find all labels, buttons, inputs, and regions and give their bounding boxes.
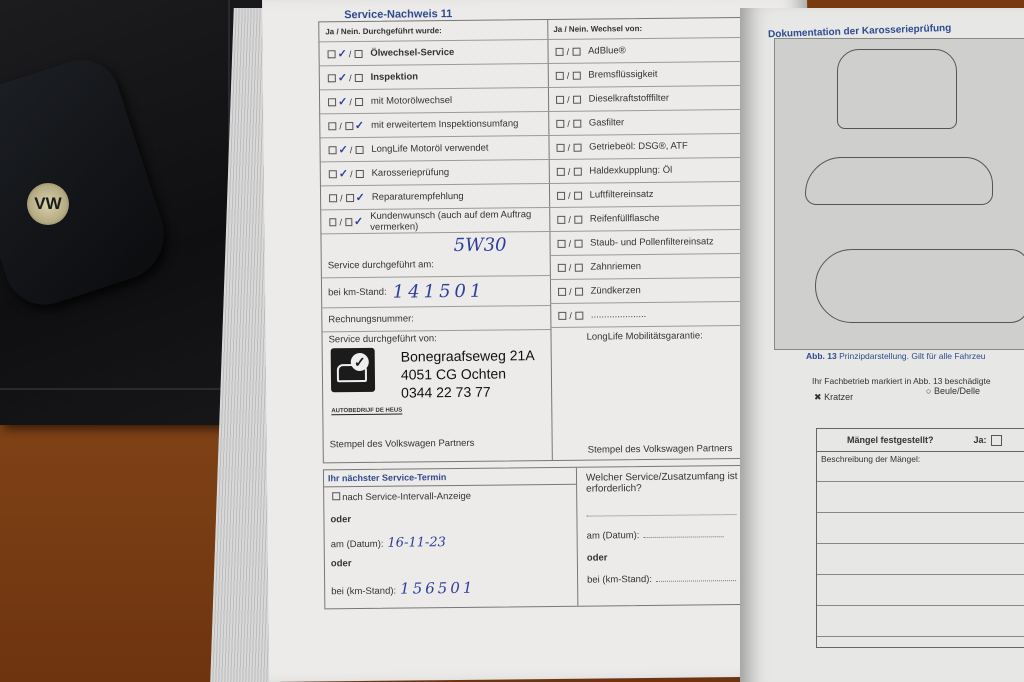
ja-checkbox[interactable] <box>556 71 564 79</box>
performed-by-label: Service durchgeführt von: <box>322 330 550 347</box>
question-answer-line <box>586 514 736 517</box>
defects-yes-checkbox[interactable] <box>991 435 1002 446</box>
interval-checkbox[interactable] <box>332 492 340 500</box>
performed-item-label: Ölwechsel-Service <box>370 47 454 59</box>
page-title: Service-Nachweis 11 <box>344 8 452 21</box>
performed-item: ✓/Karosserieprüfung <box>321 160 549 186</box>
replaced-item-label: Reifenfüllflasche <box>590 213 660 225</box>
ja-check-mark-icon: ✓ <box>339 143 348 156</box>
right-date-line <box>643 536 723 538</box>
replaced-item-label: Luftfiltereinsatz <box>590 189 654 201</box>
nein-checkbox[interactable] <box>356 169 364 177</box>
nein-check-mark-icon: ✓ <box>355 119 364 132</box>
replaced-item-label: Staub- und Pollenfiltereinsatz <box>590 236 714 248</box>
performed-by-section: Service durchgeführt von: ✓ Bonegraafsew… <box>322 330 551 452</box>
defects-yes-label: Ja: <box>974 435 987 445</box>
nein-checkbox[interactable] <box>345 218 352 226</box>
nein-check-mark-icon: ✓ <box>356 191 365 204</box>
performed-header: Ja / Nein. Durchgeführt wurde: <box>319 20 547 42</box>
ja-checkbox[interactable] <box>328 50 336 58</box>
service-date-label: Service durchgeführt am: <box>328 259 434 271</box>
stamp-caption-right: Stempel des Volkswagen Partners <box>588 443 733 456</box>
checkmark-icon: ✓ <box>351 353 369 371</box>
ja-checkbox[interactable] <box>557 143 565 151</box>
left-page: Service-Nachweis 11 Ja / Nein. Durchgefü… <box>262 0 814 682</box>
nein-checkbox[interactable] <box>572 71 580 79</box>
next-date-handwriting: 16-11-23 <box>387 535 446 551</box>
ja-checkbox[interactable] <box>329 170 337 178</box>
car-top-view <box>815 249 1024 323</box>
ja-checkbox[interactable] <box>328 98 336 106</box>
replaced-item-label: Dieselkraftstofffilter <box>589 93 670 105</box>
defects-line[interactable] <box>817 606 1024 637</box>
service-date-handwriting: 5W30 <box>454 234 507 256</box>
nein-checkbox[interactable] <box>573 119 581 127</box>
ja-checkbox[interactable] <box>557 167 565 175</box>
performed-item: ✓/Ölwechsel-Service <box>319 40 547 66</box>
right-page: Dokumentation der Karosserieprüfung Abb.… <box>740 8 1024 682</box>
nein-checkbox[interactable] <box>354 49 362 57</box>
dealer-name: AUTOBEDRIJF DE HEUS <box>331 408 402 416</box>
km-handwriting: 141501 <box>393 281 486 303</box>
dealer-logo-icon: ✓ <box>331 348 375 392</box>
performed-item-label: Reparaturempfehlung <box>372 191 464 203</box>
performed-item: ✓/Inspektion <box>320 64 548 90</box>
invoice-label: Rechnungsnummer: <box>328 313 414 325</box>
defects-line[interactable] <box>817 513 1024 544</box>
nein-checkbox[interactable] <box>573 95 581 103</box>
defects-box: Mängel festgestellt? Ja: Beschreibung de… <box>816 428 1024 648</box>
dent-label: Beule/Delle <box>934 386 980 396</box>
marks-text: Ihr Fachbetrieb markiert in Abb. 13 besc… <box>812 376 991 386</box>
defects-description-label: Beschreibung der Mängel: <box>817 452 1024 482</box>
ja-checkbox[interactable] <box>558 263 566 271</box>
defects-label: Mängel festgestellt? <box>847 435 934 445</box>
performed-item-label: mit erweitertem Inspektionsumfang <box>371 118 518 131</box>
replaced-item-label: Getriebeöl: DSG®, ATF <box>589 141 688 153</box>
dealer-street: Bonegraafseweg 21A <box>401 346 535 365</box>
scratch-label: Kratzer <box>824 392 853 402</box>
ja-check-mark-icon: ✓ <box>339 167 348 180</box>
performed-item-label: Inspektion <box>370 71 418 82</box>
ja-check-mark-icon: ✓ <box>338 95 347 108</box>
km-row: bei km-Stand: 141501 <box>322 276 550 308</box>
ja-checkbox[interactable] <box>557 215 565 223</box>
replaced-item-label: AdBlue® <box>588 45 626 56</box>
ja-checkbox[interactable] <box>329 146 337 154</box>
nein-checkbox[interactable] <box>574 191 582 199</box>
nein-checkbox[interactable] <box>355 97 363 105</box>
performed-item-label: Karosserieprüfung <box>371 167 449 179</box>
replaced-item-label: Zahnriemen <box>590 261 641 273</box>
service-table: Ja / Nein. Durchgeführt wurde: ✓/Ölwechs… <box>318 17 785 464</box>
nein-checkbox[interactable] <box>575 287 583 295</box>
nein-checkbox[interactable] <box>575 311 583 319</box>
nein-checkbox[interactable] <box>345 122 353 130</box>
scratch-marked-icon[interactable]: ✖ <box>814 392 822 402</box>
or-label-2: oder <box>325 551 577 576</box>
next-km-handwriting: 156501 <box>400 579 475 598</box>
invoice-row: Rechnungsnummer: <box>322 306 550 332</box>
performed-item: /✓Kundenwunsch (auch auf dem Auftrag ver… <box>321 208 549 234</box>
ja-checkbox[interactable] <box>558 239 566 247</box>
ja-checkbox[interactable] <box>329 194 337 202</box>
replaced-item-label: Zündkerzen <box>591 285 641 297</box>
ja-checkbox[interactable] <box>557 191 565 199</box>
right-date-label: am (Datum): <box>587 530 640 542</box>
nein-checkbox[interactable] <box>574 239 582 247</box>
replaced-item-label: Bremsflüssigkeit <box>588 69 657 81</box>
right-km-label: bei (km-Stand): <box>587 574 652 586</box>
nein-check-mark-icon: ✓ <box>354 215 363 228</box>
ja-checkbox[interactable] <box>556 95 564 103</box>
km-label: bei km-Stand: <box>328 287 387 299</box>
nein-checkbox[interactable] <box>355 73 363 81</box>
dent-radio-icon[interactable]: ○ <box>926 386 931 396</box>
ja-check-mark-icon: ✓ <box>337 47 346 60</box>
right-km-line <box>656 580 736 582</box>
ja-checkbox[interactable] <box>329 218 336 226</box>
nein-checkbox[interactable] <box>574 215 582 223</box>
car-diagram <box>774 38 1024 350</box>
nein-checkbox[interactable] <box>355 145 363 153</box>
performed-item-label: mit Motorölwechsel <box>371 95 452 107</box>
ja-checkbox[interactable] <box>328 122 336 130</box>
dealer-stamp: ✓ Bonegraafseweg 21A 4051 CG Ochten 0344… <box>331 346 535 402</box>
performed-item-label: LongLife Motoröl verwendet <box>371 143 488 155</box>
nein-checkbox[interactable] <box>572 47 580 55</box>
defects-line[interactable] <box>817 575 1024 606</box>
nein-checkbox[interactable] <box>573 167 581 175</box>
ja-checkbox[interactable] <box>328 74 336 82</box>
car-rear-view <box>837 49 957 129</box>
performed-item-label: Kundenwunsch (auch auf dem Auftrag verme… <box>370 209 549 233</box>
performed-item: ✓/mit Motorölwechsel <box>320 88 548 114</box>
performed-item: ✓/LongLife Motoröl verwendet <box>320 136 548 162</box>
next-date-label: am (Datum): <box>331 539 384 551</box>
stamp-caption-left: Stempel des Volkswagen Partners <box>330 438 475 451</box>
nein-checkbox[interactable] <box>346 194 354 202</box>
figure-number: Abb. 13 <box>806 351 837 361</box>
ja-check-mark-icon: ✓ <box>338 71 347 84</box>
interval-label: nach Service-Intervall-Anzeige <box>342 491 471 503</box>
vw-logo-icon: VW <box>27 183 69 225</box>
replaced-item-label: ..................... <box>591 309 647 321</box>
ja-checkbox[interactable] <box>558 287 566 295</box>
figure-caption: Prinzipdarstellung. Gilt für alle Fahrze… <box>839 351 985 361</box>
defects-line[interactable] <box>817 544 1024 575</box>
ja-checkbox[interactable] <box>556 47 564 55</box>
ja-checkbox[interactable] <box>558 311 566 319</box>
performed-item: /✓mit erweitertem Inspektionsumfang <box>320 112 548 138</box>
replaced-item-label: Gasfilter <box>589 117 624 128</box>
performed-column: Ja / Nein. Durchgeführt wurde: ✓/Ölwechs… <box>319 20 553 462</box>
ja-checkbox[interactable] <box>556 119 564 127</box>
nein-checkbox[interactable] <box>574 263 582 271</box>
replaced-item-label: Haldexkupplung: Öl <box>589 165 672 177</box>
or-label: oder <box>324 507 576 532</box>
nein-checkbox[interactable] <box>573 143 581 151</box>
dealer-city: 4051 CG Ochten <box>401 364 535 383</box>
dealer-phone: 0344 22 73 77 <box>401 382 535 401</box>
performed-item: /✓Reparaturempfehlung <box>321 184 549 210</box>
defects-line[interactable] <box>817 482 1024 513</box>
service-date-row: Service durchgeführt am: 5W30 <box>321 232 549 278</box>
next-km-label: bei (km-Stand): <box>331 586 396 598</box>
car-side-view <box>805 157 993 205</box>
